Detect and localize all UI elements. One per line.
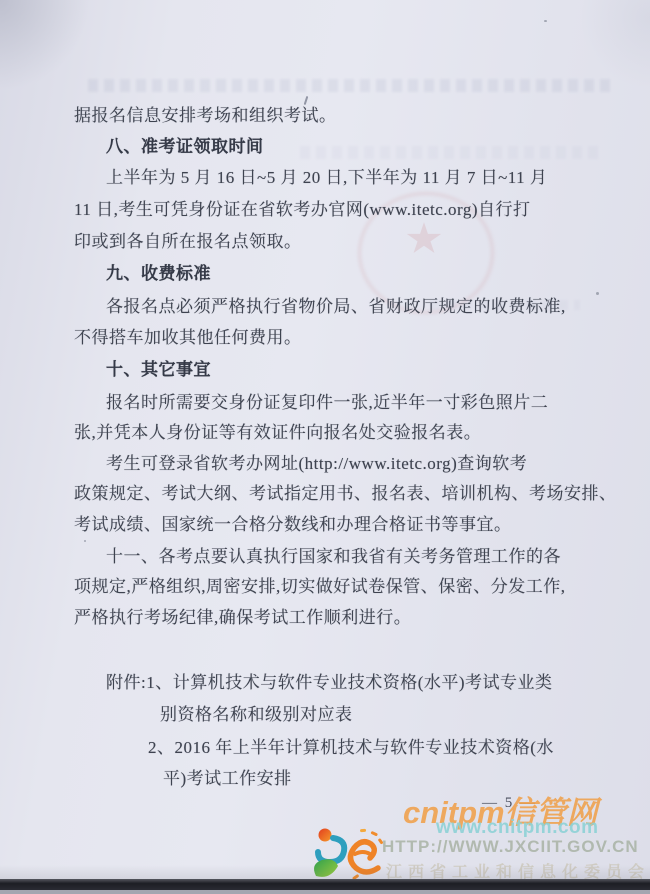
watermark-gov-url: HTTP://WWW.JXCIIT.GOV.CN — [382, 837, 639, 857]
paper-speck — [84, 540, 86, 542]
section-heading: 八、准考证领取时间 — [106, 132, 264, 157]
paper-speck — [544, 20, 547, 22]
paper-sheet: 据报名信息安排考场和组织考试。八、准考证领取时间上半年为 5 月 16 日~5 … — [0, 0, 650, 891]
text-line: 11 日,考生可凭身份证在省软考办官网(www.itetc.org)自行打 — [74, 195, 531, 220]
text-line: 印或到各自所在报名点领取。 — [74, 227, 302, 252]
text-line: 不得搭车加收其他任何费用。 — [74, 323, 302, 348]
section-heading: 十、其它事宜 — [106, 355, 211, 380]
text-line: 各报名点必须严格执行省物价局、省财政厅规定的收费标准, — [106, 292, 566, 317]
text-line: 上半年为 5 月 16 日~5 月 20 日,下半年为 11 月 7 日~11 … — [106, 163, 547, 188]
paper-speck — [596, 292, 599, 295]
stamp-star-bleed-through — [406, 222, 442, 256]
scanner-background — [0, 890, 650, 894]
text-line: 十一、各考点要认真执行国家和我省有关考务管理工作的各 — [106, 542, 561, 567]
text-line: 附件:1、计算机技术与软件专业技术资格(水平)考试专业类 — [106, 668, 553, 693]
scanned-document-page: { "page": { "page_number": "— 5 —", "pap… — [0, 0, 650, 894]
text-line: 考生可登录省软考办网址(http://www.itetc.org)查询软考 — [106, 449, 527, 474]
text-line: 别资格名称和级别对应表 — [160, 700, 353, 725]
watermark-site-url: www.cnitpm.com — [436, 817, 599, 839]
text-line: 张,并凭本人身份证等有效证件向报名处交验报名表。 — [74, 418, 481, 443]
text-line: 政策规定、考试大纲、考试指定用书、报名表、培训机构、考场安排、 — [74, 479, 617, 504]
bleed-through-text-artifact — [88, 79, 616, 92]
text-line: 考试成绩、国家统一合格分数线和办理合格证书等事宜。 — [74, 510, 512, 535]
text-line: 据报名信息安排考场和组织考试。 — [74, 101, 337, 126]
text-line: 2、2016 年上半年计算机技术与软件专业技术资格(水 — [148, 733, 554, 758]
section-heading: 九、收费标准 — [106, 259, 211, 284]
scan-bottom-edge — [0, 879, 650, 890]
text-line: 项规定,严格组织,周密安排,切实做好试卷保管、保密、分发工作, — [74, 572, 566, 597]
text-line: 严格执行考场纪律,确保考试工作顺利进行。 — [74, 603, 411, 628]
text-line: 报名时所需要交身份证复印件一张,近半年一寸彩色照片二 — [106, 388, 548, 413]
text-line: 平)考试工作安排 — [163, 764, 292, 789]
bleed-through-text-artifact — [300, 146, 600, 159]
